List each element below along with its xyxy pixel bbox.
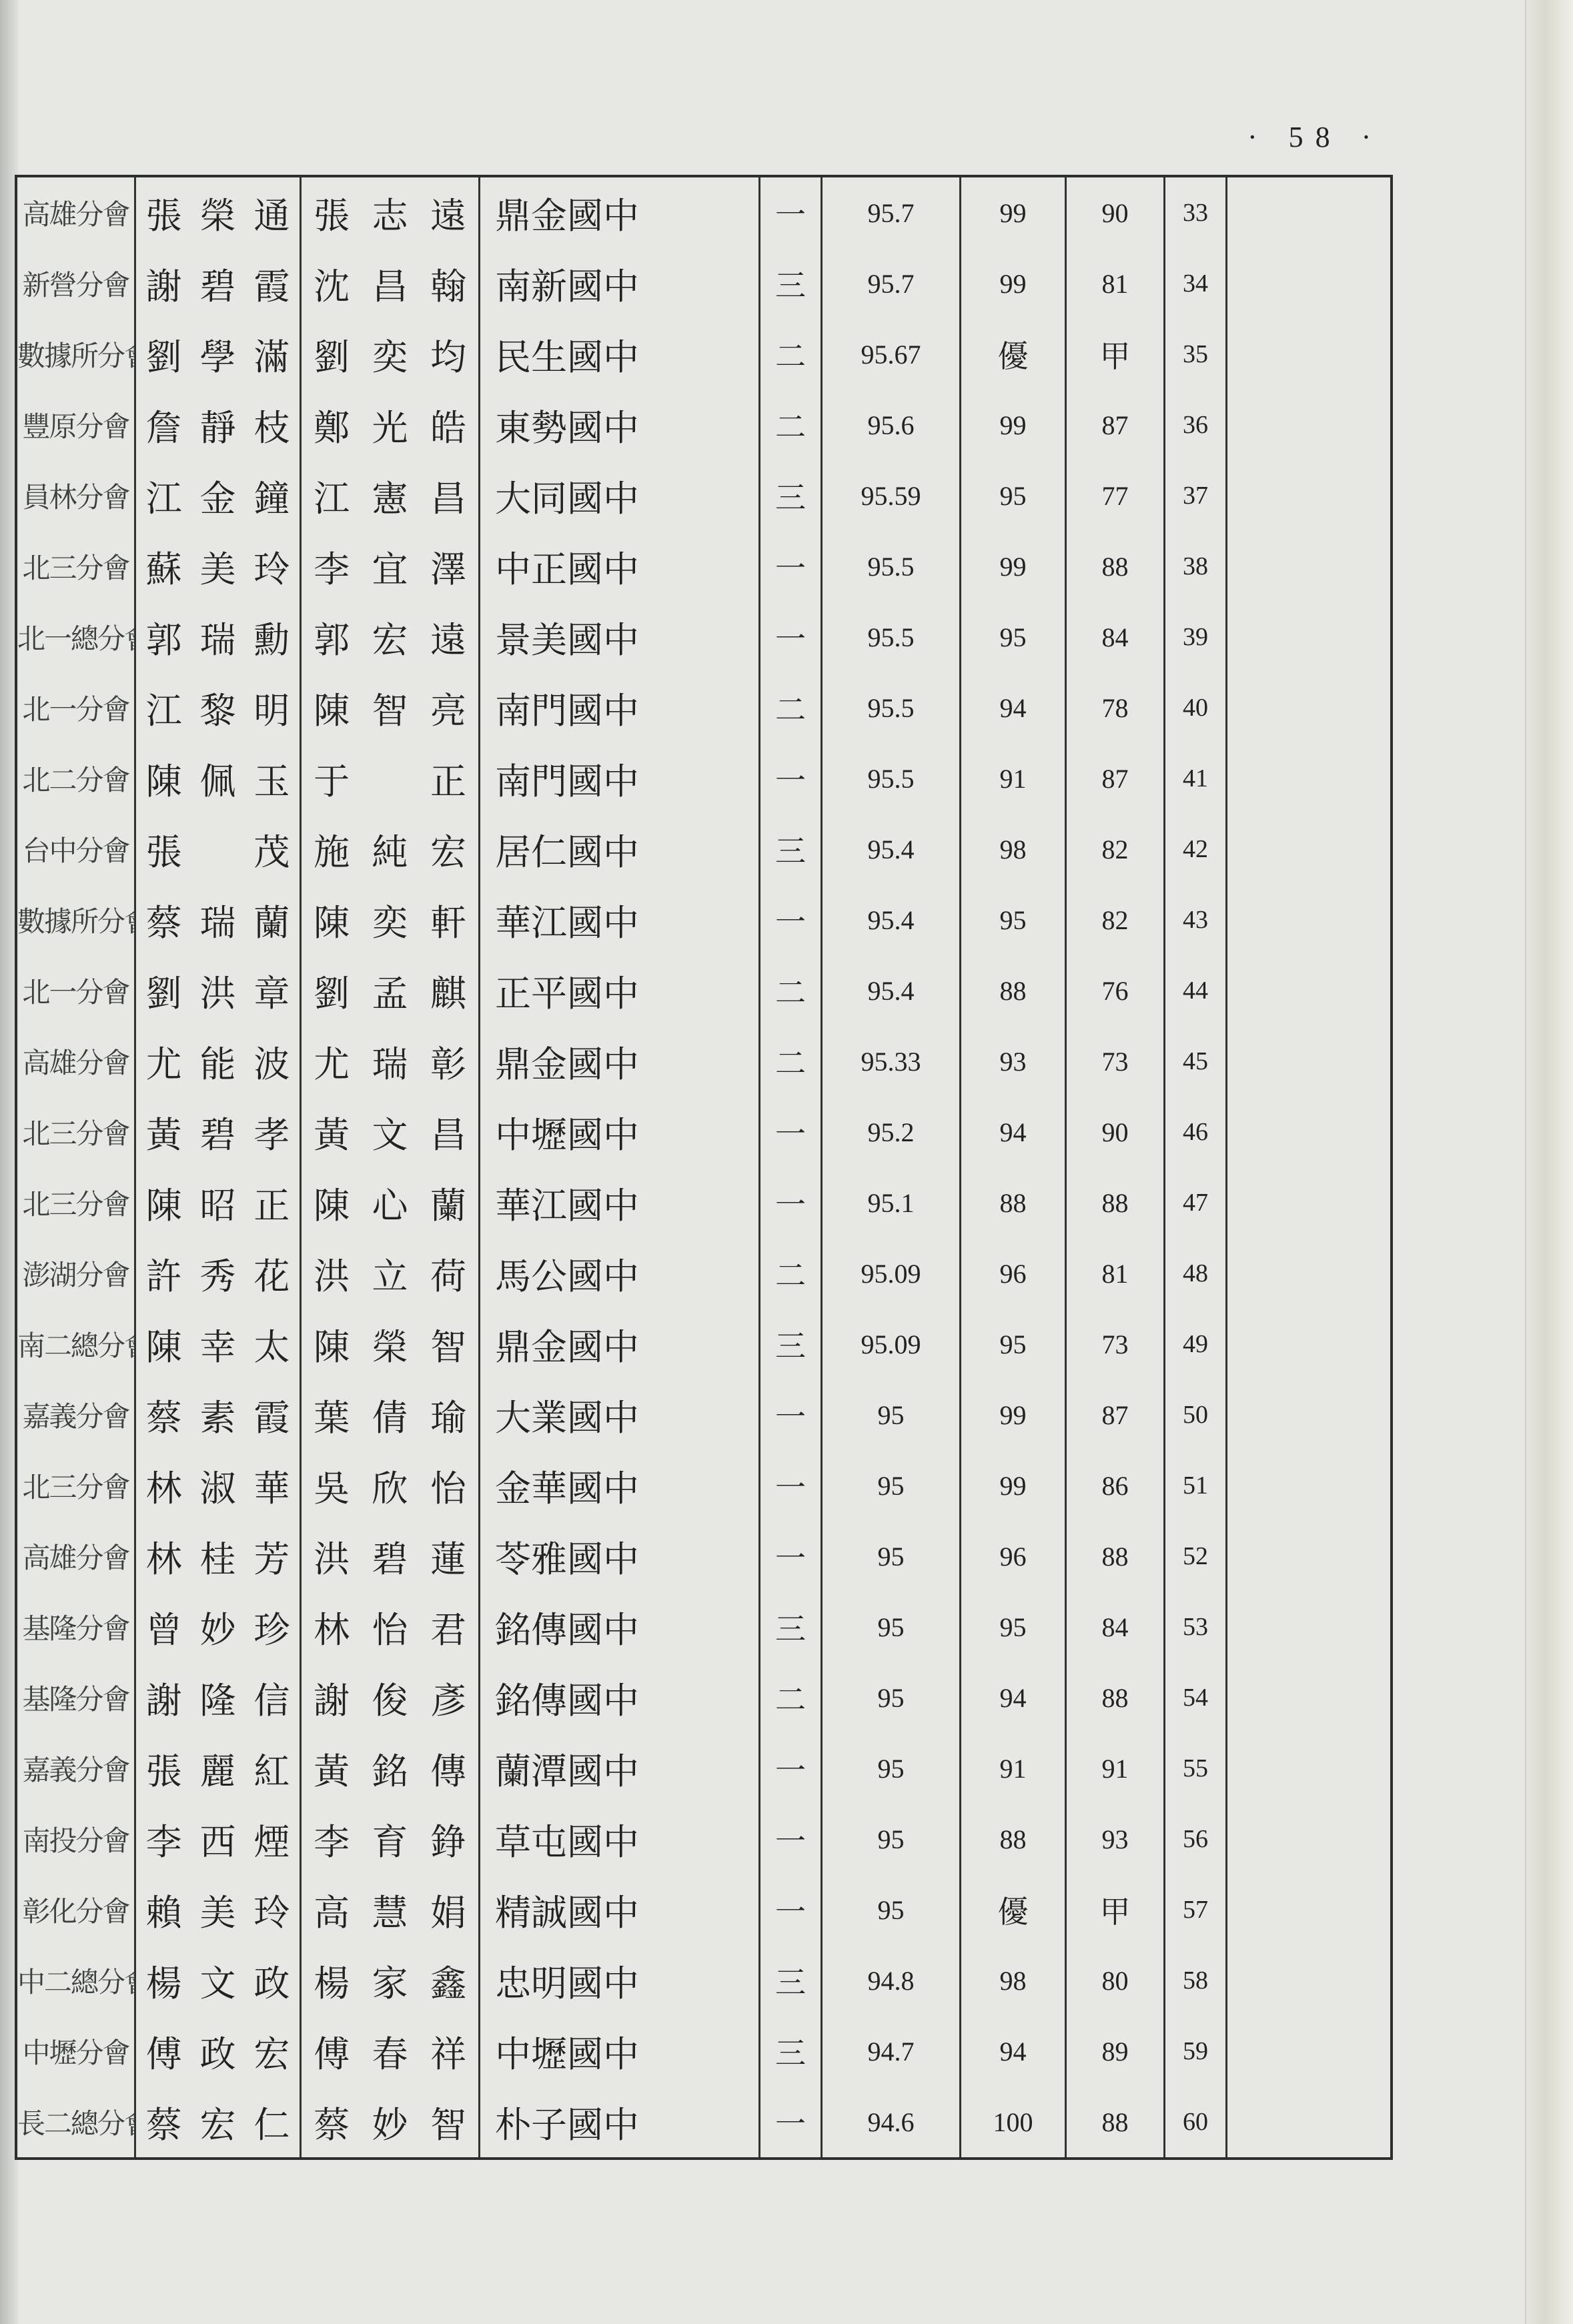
physical-score-cell: 82 <box>1066 814 1165 885</box>
teacher-name-char: 煙 <box>245 1814 299 1865</box>
student-name-char: 李 <box>302 1814 360 1865</box>
physical-score-cell: 88 <box>1066 1521 1165 1592</box>
teacher-name-char: 正 <box>245 1177 299 1229</box>
rank-cell: 42 <box>1165 814 1227 885</box>
teacher-name-char: 林 <box>137 1531 191 1582</box>
teacher-name-cell: 陳幸太 <box>135 1309 301 1379</box>
student-name-char: 銘 <box>361 1743 419 1794</box>
student-name-char: 尤 <box>302 1036 360 1087</box>
rank-cell: 57 <box>1165 1874 1227 1945</box>
teacher-name-char: 淑 <box>191 1460 245 1512</box>
teacher-name-char: 玲 <box>245 541 299 592</box>
table-row: 北三分會陳昭正陳心蘭華江國中一95.1888847 <box>16 1167 1392 1238</box>
student-name-char: 江 <box>302 470 360 522</box>
student-name-char: 春 <box>361 2026 419 2077</box>
teacher-name-char: 江 <box>137 682 191 734</box>
grade-cell: 一 <box>760 1167 822 1238</box>
student-name-char: 憲 <box>361 470 419 522</box>
student-name-char: 黃 <box>302 1743 360 1794</box>
physical-score-cell: 87 <box>1066 743 1165 814</box>
student-name-cell: 洪碧蓮 <box>301 1521 480 1592</box>
average-score-cell: 95.4 <box>822 885 961 955</box>
student-name-char: 慧 <box>361 1884 419 1936</box>
table-row: 新營分會謝碧霞沈昌翰南新國中三95.7998134 <box>16 248 1392 319</box>
branch-cell: 南二總分會 <box>16 1309 135 1379</box>
table-row: 嘉義分會蔡素霞葉倩瑜大業國中一95998750 <box>16 1379 1392 1450</box>
student-name-char: 瑞 <box>361 1036 419 1087</box>
student-name-cell: 尤瑞彰 <box>301 1026 480 1097</box>
student-name-cell: 張志遠 <box>301 176 480 248</box>
teacher-name-char: 桂 <box>191 1531 245 1582</box>
teacher-name-char: 碧 <box>191 1107 245 1158</box>
teacher-name-char: 郭 <box>137 612 191 663</box>
student-name-cell: 高慧娟 <box>301 1874 480 1945</box>
average-score-cell: 95 <box>822 1521 961 1592</box>
student-name-char: 高 <box>302 1884 360 1936</box>
student-name-char: 麒 <box>419 965 477 1017</box>
average-score-cell: 95.09 <box>822 1238 961 1309</box>
student-name-char: 施 <box>302 824 360 875</box>
physical-score-cell: 91 <box>1066 1733 1165 1804</box>
rank-cell: 48 <box>1165 1238 1227 1309</box>
student-name-char: 荷 <box>419 1248 477 1299</box>
school-cell: 景美國中 <box>480 602 760 672</box>
student-name-char: 心 <box>361 1177 419 1229</box>
student-name-char: 碧 <box>361 1531 419 1582</box>
remarks-cell <box>1227 885 1392 955</box>
teacher-name-char: 西 <box>191 1814 245 1865</box>
student-name-cell: 郭宏遠 <box>301 602 480 672</box>
rank-cell: 41 <box>1165 743 1227 814</box>
physical-score-cell: 87 <box>1066 390 1165 460</box>
rank-cell: 36 <box>1165 390 1227 460</box>
teacher-name-char: 謝 <box>137 1672 191 1724</box>
grade-cell: 三 <box>760 2016 822 2087</box>
branch-cell: 北二分會 <box>16 743 135 814</box>
teacher-name-char: 信 <box>245 1672 299 1724</box>
student-name-char: 黃 <box>302 1107 360 1158</box>
average-score-cell: 95.33 <box>822 1026 961 1097</box>
table-row: 北一分會劉洪章劉孟麒正平國中二95.4887644 <box>16 955 1392 1026</box>
remarks-cell <box>1227 1662 1392 1733</box>
student-name-char: 俊 <box>361 1672 419 1724</box>
remarks-cell <box>1227 390 1392 460</box>
rank-cell: 44 <box>1165 955 1227 1026</box>
student-name-char: 劉 <box>302 329 360 380</box>
conduct-score-cell: 98 <box>961 814 1066 885</box>
teacher-name-char: 李 <box>137 1814 191 1865</box>
table-row: 基隆分會曾妙珍林怡君銘傳國中三95958453 <box>16 1592 1392 1662</box>
remarks-cell <box>1227 814 1392 885</box>
grade-cell: 一 <box>760 1804 822 1874</box>
branch-cell: 基隆分會 <box>16 1662 135 1733</box>
teacher-name-char: 隆 <box>191 1672 245 1724</box>
school-cell: 東勢國中 <box>480 390 760 460</box>
school-cell: 華江國中 <box>480 885 760 955</box>
grade-cell: 三 <box>760 1945 822 2016</box>
rank-cell: 35 <box>1165 319 1227 390</box>
teacher-name-char: 張 <box>137 1743 191 1794</box>
grade-cell: 一 <box>760 176 822 248</box>
student-name-char: 蓮 <box>419 1531 477 1582</box>
student-name-char: 鑫 <box>419 1955 477 2006</box>
table-row: 中壢分會傅政宏傅春祥中壢國中三94.7948959 <box>16 2016 1392 2087</box>
teacher-name-char: 珍 <box>245 1602 299 1653</box>
grade-cell: 三 <box>760 814 822 885</box>
student-name-char: 亮 <box>419 682 477 734</box>
rank-cell: 37 <box>1165 460 1227 531</box>
rank-cell: 46 <box>1165 1097 1227 1167</box>
student-name-char: 志 <box>361 187 419 239</box>
conduct-score-cell: 96 <box>961 1238 1066 1309</box>
teacher-name-cell: 詹靜枝 <box>135 390 301 460</box>
branch-cell: 高雄分會 <box>16 176 135 248</box>
teacher-name-char: 許 <box>137 1248 191 1299</box>
table-row: 彰化分會賴美玲高慧娟精誠國中一95優甲57 <box>16 1874 1392 1945</box>
school-cell: 大同國中 <box>480 460 760 531</box>
teacher-name-cell: 陳昭正 <box>135 1167 301 1238</box>
table-row: 北一總分會郭瑞勳郭宏遠景美國中一95.5958439 <box>16 602 1392 672</box>
average-score-cell: 95.5 <box>822 531 961 602</box>
grade-cell: 二 <box>760 319 822 390</box>
physical-score-cell: 93 <box>1066 1804 1165 1874</box>
remarks-cell <box>1227 2087 1392 2159</box>
rank-cell: 56 <box>1165 1804 1227 1874</box>
teacher-name-cell: 劉洪章 <box>135 955 301 1026</box>
teacher-name-char: 張 <box>137 187 191 239</box>
student-name-char: 楊 <box>302 1955 360 2006</box>
rank-cell: 51 <box>1165 1450 1227 1521</box>
average-score-cell: 95 <box>822 1733 961 1804</box>
teacher-name-char: 謝 <box>137 258 191 310</box>
table-row: 嘉義分會張麗紅黃銘傳蘭潭國中一95919155 <box>16 1733 1392 1804</box>
student-name-char: 昌 <box>419 1107 477 1158</box>
teacher-name-cell: 謝隆信 <box>135 1662 301 1733</box>
physical-score-cell: 86 <box>1066 1450 1165 1521</box>
physical-score-cell: 73 <box>1066 1026 1165 1097</box>
teacher-name-char: 滿 <box>245 329 299 380</box>
conduct-score-cell: 93 <box>961 1026 1066 1097</box>
average-score-cell: 95 <box>822 1450 961 1521</box>
school-cell: 中正國中 <box>480 531 760 602</box>
branch-cell: 北三分會 <box>16 1097 135 1167</box>
student-name-char: 宜 <box>361 541 419 592</box>
school-cell: 草屯國中 <box>480 1804 760 1874</box>
student-name-char: 奕 <box>361 895 419 946</box>
teacher-name-char: 章 <box>245 965 299 1017</box>
student-name-char: 光 <box>361 400 419 451</box>
student-name-char: 立 <box>361 1248 419 1299</box>
teacher-name-char: 玲 <box>245 1884 299 1936</box>
grade-cell: 一 <box>760 602 822 672</box>
average-score-cell: 95 <box>822 1592 961 1662</box>
student-name-char: 均 <box>419 329 477 380</box>
teacher-name-char: 黃 <box>137 1107 191 1158</box>
teacher-name-char: 賴 <box>137 1884 191 1936</box>
rank-cell: 34 <box>1165 248 1227 319</box>
teacher-name-char: 素 <box>191 1389 245 1441</box>
student-name-cell: 陳智亮 <box>301 672 480 743</box>
branch-cell: 嘉義分會 <box>16 1733 135 1804</box>
physical-score-cell: 88 <box>1066 531 1165 602</box>
student-name-cell: 劉孟麒 <box>301 955 480 1026</box>
student-name-char: 陳 <box>302 895 360 946</box>
teacher-name-cell: 黃碧孝 <box>135 1097 301 1167</box>
student-name-char: 君 <box>419 1602 477 1653</box>
rank-cell: 60 <box>1165 2087 1227 2159</box>
teacher-name-char: 花 <box>245 1248 299 1299</box>
conduct-score-cell: 96 <box>961 1521 1066 1592</box>
teacher-name-char: 太 <box>245 1319 299 1370</box>
conduct-score-cell: 94 <box>961 1097 1066 1167</box>
branch-cell: 高雄分會 <box>16 1521 135 1592</box>
average-score-cell: 95 <box>822 1662 961 1733</box>
teacher-name-char: 政 <box>191 2026 245 2077</box>
rank-cell: 54 <box>1165 1662 1227 1733</box>
teacher-name-char: 麗 <box>191 1743 245 1794</box>
student-name-char: 彰 <box>419 1036 477 1087</box>
rank-cell: 59 <box>1165 2016 1227 2087</box>
grade-cell: 二 <box>760 955 822 1026</box>
student-name-char: 林 <box>302 1602 360 1653</box>
student-name-char: 宏 <box>361 612 419 663</box>
table-row: 豐原分會詹靜枝鄭光皓東勢國中二95.6998736 <box>16 390 1392 460</box>
conduct-score-cell: 88 <box>961 1167 1066 1238</box>
branch-cell: 長二總分會 <box>16 2087 135 2159</box>
teacher-name-cell: 楊文政 <box>135 1945 301 2016</box>
student-name-cell: 洪立荷 <box>301 1238 480 1309</box>
physical-score-cell: 90 <box>1066 176 1165 248</box>
table-row: 北三分會黃碧孝黃文昌中壢國中一95.2949046 <box>16 1097 1392 1167</box>
student-name-cell: 陳榮智 <box>301 1309 480 1379</box>
teacher-name-char: 瑞 <box>191 895 245 946</box>
student-name-cell: 吳欣怡 <box>301 1450 480 1521</box>
rank-cell: 53 <box>1165 1592 1227 1662</box>
teacher-name-char: 明 <box>245 682 299 734</box>
teacher-name-cell: 曾妙珍 <box>135 1592 301 1662</box>
school-cell: 金華國中 <box>480 1450 760 1521</box>
school-cell: 南新國中 <box>480 248 760 319</box>
remarks-cell <box>1227 743 1392 814</box>
student-name-char: 于 <box>302 753 360 804</box>
school-cell: 南門國中 <box>480 743 760 814</box>
average-score-cell: 95.6 <box>822 390 961 460</box>
teacher-name-cell: 劉學滿 <box>135 319 301 390</box>
grade-cell: 三 <box>760 1309 822 1379</box>
student-name-char: 劉 <box>302 965 360 1017</box>
conduct-score-cell: 99 <box>961 1450 1066 1521</box>
remarks-cell <box>1227 1804 1392 1874</box>
student-name-char: 娟 <box>419 1884 477 1936</box>
average-score-cell: 94.8 <box>822 1945 961 2016</box>
rank-cell: 38 <box>1165 531 1227 602</box>
grade-cell: 三 <box>760 1592 822 1662</box>
teacher-name-cell: 蔡宏仁 <box>135 2087 301 2159</box>
school-cell: 苓雅國中 <box>480 1521 760 1592</box>
table-row: 北二分會陳佩玉于正南門國中一95.5918741 <box>16 743 1392 814</box>
student-name-cell: 蔡妙智 <box>301 2087 480 2159</box>
school-cell: 正平國中 <box>480 955 760 1026</box>
teacher-name-char: 楊 <box>137 1955 191 2006</box>
student-name-cell: 李育錚 <box>301 1804 480 1874</box>
school-cell: 馬公國中 <box>480 1238 760 1309</box>
teacher-name-char: 江 <box>137 470 191 522</box>
teacher-name-char: 榮 <box>191 187 245 239</box>
average-score-cell: 95.4 <box>822 955 961 1026</box>
student-name-char: 遠 <box>419 187 477 239</box>
student-name-cell: 施純宏 <box>301 814 480 885</box>
branch-cell: 彰化分會 <box>16 1874 135 1945</box>
teacher-name-char: 碧 <box>191 258 245 310</box>
grade-cell: 一 <box>760 1450 822 1521</box>
table-row: 台中分會張茂施純宏居仁國中三95.4988242 <box>16 814 1392 885</box>
conduct-score-cell: 95 <box>961 885 1066 955</box>
average-score-cell: 94.7 <box>822 2016 961 2087</box>
average-score-cell: 95 <box>822 1874 961 1945</box>
teacher-name-char: 宏 <box>191 2097 245 2148</box>
teacher-name-char: 張 <box>137 824 191 875</box>
school-cell: 鼎金國中 <box>480 1026 760 1097</box>
rank-cell: 40 <box>1165 672 1227 743</box>
table-row: 南二總分會陳幸太陳榮智鼎金國中三95.09957349 <box>16 1309 1392 1379</box>
teacher-name-char: 詹 <box>137 400 191 451</box>
physical-score-cell: 81 <box>1066 1238 1165 1309</box>
teacher-name-cell: 林桂芳 <box>135 1521 301 1592</box>
teacher-name-char: 美 <box>191 1884 245 1936</box>
teacher-name-char: 霞 <box>245 1389 299 1441</box>
student-name-char: 智 <box>419 1319 477 1370</box>
rank-cell: 58 <box>1165 1945 1227 2016</box>
student-name-cell: 林怡君 <box>301 1592 480 1662</box>
student-name-char: 奕 <box>361 329 419 380</box>
teacher-name-char: 鐘 <box>245 470 299 522</box>
conduct-score-cell: 94 <box>961 672 1066 743</box>
table-row: 員林分會江金鐘江憲昌大同國中三95.59957737 <box>16 460 1392 531</box>
teacher-name-char: 政 <box>245 1955 299 2006</box>
grade-cell: 一 <box>760 743 822 814</box>
student-name-char: 吳 <box>302 1460 360 1512</box>
teacher-name-cell: 賴美玲 <box>135 1874 301 1945</box>
teacher-name-cell: 張榮通 <box>135 176 301 248</box>
teacher-name-char: 金 <box>191 470 245 522</box>
teacher-name-char: 尤 <box>137 1036 191 1087</box>
average-score-cell: 95.5 <box>822 672 961 743</box>
branch-cell: 員林分會 <box>16 460 135 531</box>
remarks-cell <box>1227 319 1392 390</box>
rank-cell: 52 <box>1165 1521 1227 1592</box>
teacher-name-char: 宏 <box>245 2026 299 2077</box>
school-cell: 鼎金國中 <box>480 176 760 248</box>
physical-score-cell: 88 <box>1066 2087 1165 2159</box>
student-name-char: 家 <box>361 1955 419 2006</box>
rank-cell: 39 <box>1165 602 1227 672</box>
physical-score-cell: 90 <box>1066 1097 1165 1167</box>
student-name-char: 宏 <box>419 824 477 875</box>
average-score-cell: 95.5 <box>822 743 961 814</box>
school-cell: 忠明國中 <box>480 1945 760 2016</box>
remarks-cell <box>1227 1874 1392 1945</box>
rank-cell: 55 <box>1165 1733 1227 1804</box>
grade-cell: 一 <box>760 2087 822 2159</box>
teacher-name-char: 妙 <box>191 1602 245 1653</box>
conduct-score-cell: 99 <box>961 531 1066 602</box>
teacher-name-cell: 許秀花 <box>135 1238 301 1309</box>
average-score-cell: 95 <box>822 1379 961 1450</box>
conduct-score-cell: 95 <box>961 1309 1066 1379</box>
student-name-char: 洪 <box>302 1531 360 1582</box>
branch-cell: 中壢分會 <box>16 2016 135 2087</box>
branch-cell: 北一總分會 <box>16 602 135 672</box>
school-cell: 銘傳國中 <box>480 1662 760 1733</box>
student-name-char: 葉 <box>302 1389 360 1441</box>
conduct-score-cell: 91 <box>961 1733 1066 1804</box>
teacher-name-cell: 張麗紅 <box>135 1733 301 1804</box>
table-row: 高雄分會林桂芳洪碧蓮苓雅國中一95968852 <box>16 1521 1392 1592</box>
student-name-char: 蔡 <box>302 2097 360 2148</box>
teacher-name-char: 蘭 <box>245 895 299 946</box>
student-name-char: 瑜 <box>419 1389 477 1441</box>
student-name-cell: 謝俊彥 <box>301 1662 480 1733</box>
teacher-name-char: 黎 <box>191 682 245 734</box>
rank-cell: 50 <box>1165 1379 1227 1450</box>
student-name-char: 智 <box>361 682 419 734</box>
school-cell: 鼎金國中 <box>480 1309 760 1379</box>
teacher-name-char: 華 <box>245 1460 299 1512</box>
branch-cell: 數據所分會 <box>16 885 135 955</box>
student-name-char: 傅 <box>302 2026 360 2077</box>
school-cell: 中壢國中 <box>480 2016 760 2087</box>
conduct-score-cell: 100 <box>961 2087 1066 2159</box>
table-row: 高雄分會尤能波尤瑞彰鼎金國中二95.33937345 <box>16 1026 1392 1097</box>
teacher-name-char: 仁 <box>245 2097 299 2148</box>
teacher-name-cell: 蘇美玲 <box>135 531 301 602</box>
student-name-char: 沈 <box>302 258 360 310</box>
student-name-char: 謝 <box>302 1672 360 1724</box>
grade-cell: 一 <box>760 1733 822 1804</box>
student-name-char: 軒 <box>419 895 477 946</box>
rank-cell: 33 <box>1165 176 1227 248</box>
remarks-cell <box>1227 1945 1392 2016</box>
grade-cell: 一 <box>760 1379 822 1450</box>
table-row: 高雄分會張榮通張志遠鼎金國中一95.7999033 <box>16 176 1392 248</box>
physical-score-cell: 88 <box>1066 1662 1165 1733</box>
student-name-char: 洪 <box>302 1248 360 1299</box>
teacher-name-cell: 張茂 <box>135 814 301 885</box>
grade-cell: 一 <box>760 1874 822 1945</box>
remarks-cell <box>1227 1026 1392 1097</box>
school-cell: 朴子國中 <box>480 2087 760 2159</box>
average-score-cell: 95.67 <box>822 319 961 390</box>
student-name-char: 遠 <box>419 612 477 663</box>
remarks-cell <box>1227 2016 1392 2087</box>
average-score-cell: 95.1 <box>822 1167 961 1238</box>
conduct-score-cell: 99 <box>961 176 1066 248</box>
table-body: 高雄分會張榮通張志遠鼎金國中一95.7999033新營分會謝碧霞沈昌翰南新國中三… <box>16 176 1392 2159</box>
grade-cell: 三 <box>760 460 822 531</box>
student-name-cell: 楊家鑫 <box>301 1945 480 2016</box>
branch-cell: 基隆分會 <box>16 1592 135 1662</box>
branch-cell: 嘉義分會 <box>16 1379 135 1450</box>
student-name-char: 李 <box>302 541 360 592</box>
student-name-cell: 黃銘傳 <box>301 1733 480 1804</box>
teacher-name-char: 勳 <box>245 612 299 663</box>
student-name-char: 蘭 <box>419 1177 477 1229</box>
table-row: 長二總分會蔡宏仁蔡妙智朴子國中一94.61008860 <box>16 2087 1392 2159</box>
teacher-name-char: 靜 <box>191 400 245 451</box>
teacher-name-cell: 江黎明 <box>135 672 301 743</box>
branch-cell: 台中分會 <box>16 814 135 885</box>
student-name-char: 文 <box>361 1107 419 1158</box>
